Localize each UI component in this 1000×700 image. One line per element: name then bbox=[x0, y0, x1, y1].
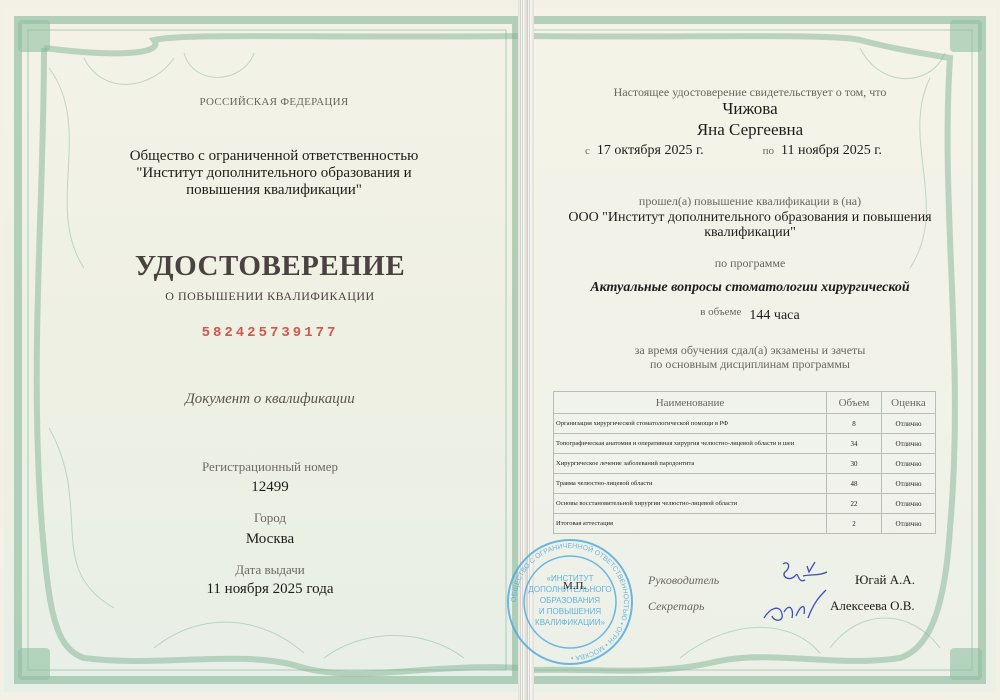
holder-surname: Чижова bbox=[560, 99, 940, 119]
header-name: Наименование bbox=[554, 392, 827, 414]
discipline-name: Итоговая аттестация bbox=[554, 514, 827, 534]
head-label: Руководитель bbox=[648, 573, 719, 588]
seal-line: И ПОВЫШЕНИЯ bbox=[539, 607, 602, 616]
org-line: ООО "Институт дополнительного образовани… bbox=[555, 210, 945, 225]
intro-text: Настоящее удостоверение свидетельствует … bbox=[560, 85, 940, 100]
discipline-name: Хирургическое лечение заболеваний пародо… bbox=[554, 454, 827, 474]
from-date: 17 октября 2025 г. bbox=[597, 143, 704, 158]
header-grade: Оценка bbox=[882, 392, 936, 414]
seal-line: ОБРАЗОВАНИЯ bbox=[540, 596, 600, 605]
certificate-spread: РОССИЙСКАЯ ФЕДЕРАЦИЯ Общество с ограниче… bbox=[0, 0, 1000, 700]
table-row: Хирургическое лечение заболеваний пародо… bbox=[554, 454, 936, 474]
registration-number: 12499 bbox=[150, 479, 390, 496]
seal-line: КВАЛИФИКАЦИИ» bbox=[535, 618, 605, 627]
discipline-hours: 22 bbox=[827, 494, 882, 514]
discipline-hours: 34 bbox=[827, 434, 882, 454]
issue-date-label: Дата выдачи bbox=[150, 562, 390, 578]
org-line: квалификации" bbox=[555, 225, 945, 240]
discipline-name: Основы восстановительной хирургии челюст… bbox=[554, 494, 827, 514]
to-date: 11 ноября 2025 г. bbox=[781, 143, 882, 158]
training-organization: ООО "Институт дополнительного образовани… bbox=[555, 210, 945, 240]
discipline-grade: Отлично bbox=[882, 414, 936, 434]
discipline-grade: Отлично bbox=[882, 474, 936, 494]
table-row: Топографическая анатомия и оперативная х… bbox=[554, 434, 936, 454]
discipline-grade: Отлично bbox=[882, 494, 936, 514]
table-row: Итоговая аттестация2Отлично bbox=[554, 514, 936, 534]
secretary-signature bbox=[760, 588, 830, 628]
document-type: Документ о квалификации bbox=[120, 391, 420, 408]
discipline-hours: 8 bbox=[827, 414, 882, 434]
discipline-name: Организация хирургической стоматологичес… bbox=[554, 414, 827, 434]
discipline-grade: Отлично bbox=[882, 434, 936, 454]
exams-line: по основным дисциплинам программы bbox=[560, 357, 940, 371]
training-period: с 17 октября 2025 г. по 11 ноября 2025 г… bbox=[585, 143, 882, 159]
issue-date: 11 ноября 2025 года bbox=[150, 581, 390, 598]
discipline-grade: Отлично bbox=[882, 514, 936, 534]
header-hours: Объем bbox=[827, 392, 882, 414]
serial-number: 582425739177 bbox=[120, 325, 420, 341]
passed-text: прошел(а) повышение квалификации в (на) bbox=[560, 194, 940, 209]
program-label: по программе bbox=[560, 256, 940, 271]
table-header-row: Наименование Объем Оценка bbox=[554, 392, 936, 414]
head-signature bbox=[775, 558, 835, 588]
issuer-line: "Институт дополнительного образования и bbox=[99, 165, 449, 182]
discipline-hours: 2 bbox=[827, 514, 882, 534]
city-value: Москва bbox=[150, 531, 390, 548]
volume-value: 144 часа bbox=[749, 308, 799, 323]
table-row: Основы восстановительной хирургии челюст… bbox=[554, 494, 936, 514]
discipline-hours: 30 bbox=[827, 454, 882, 474]
disciplines-table: Наименование Объем Оценка Организация хи… bbox=[553, 391, 936, 534]
city-label: Город bbox=[150, 510, 390, 526]
secretary-name: Алексеева О.В. bbox=[830, 598, 915, 614]
registration-label: Регистрационный номер bbox=[150, 459, 390, 475]
issuer-line: Общество с ограниченной ответственностью bbox=[99, 148, 449, 165]
holder-given-names: Яна Сергеевна bbox=[560, 120, 940, 140]
discipline-name: Топографическая анатомия и оперативная х… bbox=[554, 434, 827, 454]
issuer-line: повышения квалификации" bbox=[99, 182, 449, 199]
discipline-name: Травма челюстно-лицевой области bbox=[554, 474, 827, 494]
country-heading: РОССИЙСКАЯ ФЕДЕРАЦИЯ bbox=[124, 96, 424, 108]
exams-line: за время обучения сдал(а) экзамены и зач… bbox=[560, 343, 940, 357]
volume-label: в объеме bbox=[700, 306, 741, 318]
table-row: Организация хирургической стоматологичес… bbox=[554, 414, 936, 434]
head-name: Югай А.А. bbox=[855, 572, 915, 588]
organization-seal: ОБЩЕСТВО С ОГРАНИЧЕННОЙ ОТВЕТСТВЕННОСТЬЮ… bbox=[505, 537, 635, 667]
discipline-grade: Отлично bbox=[882, 454, 936, 474]
program-volume: в объеме 144 часа bbox=[640, 306, 860, 324]
exams-text: за время обучения сдал(а) экзамены и зач… bbox=[560, 343, 940, 371]
certificate-title: УДОСТОВЕРЕНИЕ bbox=[100, 250, 440, 283]
to-prefix: по bbox=[763, 145, 774, 157]
secretary-label: Секретарь bbox=[648, 599, 704, 614]
certificate-subtitle: О ПОВЫШЕНИИ КВАЛИФИКАЦИИ bbox=[100, 289, 440, 304]
issuer-organization: Общество с ограниченной ответственностью… bbox=[99, 148, 449, 199]
discipline-hours: 48 bbox=[827, 474, 882, 494]
seal-mp-mark: М.П. bbox=[563, 580, 586, 592]
table-row: Травма челюстно-лицевой области48Отлично bbox=[554, 474, 936, 494]
program-name: Актуальные вопросы стоматологии хирургич… bbox=[545, 280, 955, 296]
from-prefix: с bbox=[585, 145, 590, 157]
